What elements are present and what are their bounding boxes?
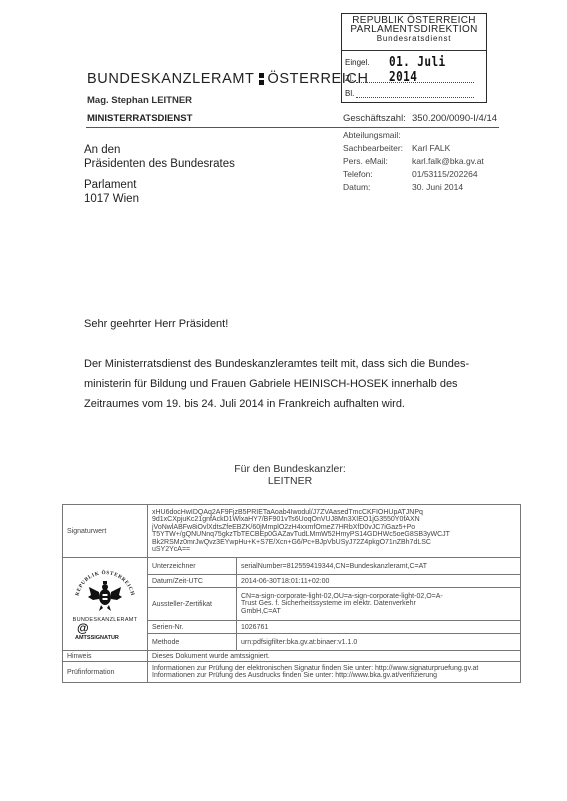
signature-table: Signaturwert xHU6docHwIDQAq2AF9FjzB5PRIE… (62, 504, 521, 683)
brand-separator-icon (259, 71, 264, 87)
info-label-datum: Datum: (343, 182, 370, 192)
row-value-serien-nr: 1026761 (237, 621, 521, 634)
hinweis-label: Hinweis (63, 651, 148, 662)
info-value-datum: 30. Juni 2014 (412, 182, 463, 192)
signaturwert-line: jVoNwlABFw8iOvlXdtsZfeEBZK/60jMmplO2zH4x… (152, 524, 516, 532)
table-row: Signaturwert xHU6docHwIDQAq2AF9FjzB5PRIE… (63, 505, 521, 558)
department: MINISTERRATSDIENST (87, 113, 192, 124)
file-number-label: Geschäftszahl: (343, 113, 406, 124)
signaturwert-line: uSY2YcA== (152, 546, 516, 554)
signaturwert-line: Bk2RSMz0mrJwQvz3EYwpHu+K+S7E/Xcn+G6/Pc+B… (152, 539, 516, 547)
row-label-serien-nr: Serien-Nr. (148, 621, 237, 634)
row-label-methode: Methode (148, 634, 237, 651)
seal-amtssignatur: AMTSSIGNATUR (67, 635, 143, 641)
official-seal: REPUBLIK ÖSTERREICH BUNDESKANZLERAMT @ A… (63, 558, 148, 651)
body-line-2: ministerin für Bildung und Frauen Gabrie… (84, 374, 524, 394)
pruef-line-signatur: Informationen zur Prüfung der elektronis… (152, 665, 516, 673)
row-value-datum-zeit: 2014-06-30T18:01:11+02:00 (237, 575, 521, 588)
signoff-line-1: Für den Bundeskanzler: (200, 463, 380, 475)
signaturwert-line: T5YTW+/gQNUNnq75gkzTbTECBEp0GAZavTudLMmW… (152, 531, 516, 539)
salutation: Sehr geehrter Herr Präsident! (84, 318, 228, 330)
signaturwert-line: xHU6docHwIDQAq2AF9FjzB5PRIETaAoab4Iwodul… (152, 509, 516, 517)
stamp-line-3: Bundesratsdienst (342, 34, 486, 43)
file-number-value: 350.200/0090-I/4/14 (412, 113, 497, 124)
recipient-line-3: Parlament (84, 178, 139, 192)
recipient-line-2: Präsidenten des Bundesrates (84, 157, 235, 171)
sender-name: Mag. Stephan LEITNER (87, 95, 192, 106)
info-label-telefon: Telefon: (343, 169, 373, 179)
info-label-sachbearbeiter: Sachbearbeiter: (343, 143, 403, 153)
stamp-bl-label: Bl. (345, 89, 354, 98)
info-label-email: Pers. eMail: (343, 156, 388, 166)
recipient-block: An den Präsidenten des Bundesrates (84, 143, 235, 171)
signoff-line-2: LEITNER (200, 475, 380, 487)
brand-right: ÖSTERREICH (268, 71, 369, 87)
stamp-divider (342, 50, 486, 51)
receipt-stamp: REPUBLIK ÖSTERREICH PARLAMENTSDIREKTION … (341, 13, 487, 103)
brand-left: BUNDESKANZLERAMT (87, 71, 255, 87)
signaturwert-label: Signaturwert (63, 505, 148, 558)
row-label-aussteller: Aussteller-Zertifikat (148, 588, 237, 621)
letterhead-brand: BUNDESKANZLERAMTÖSTERREICH (87, 71, 369, 87)
table-row: Hinweis Dieses Dokument wurde amtssignie… (63, 651, 521, 662)
stamp-header: REPUBLIK ÖSTERREICH PARLAMENTSDIREKTION … (342, 16, 486, 43)
at-sign-icon: @ (67, 623, 143, 633)
stamp-eingel-row: Eingel. 01. Juli 2014 (345, 58, 483, 67)
pruefinformation-label: Prüfinformation (63, 662, 148, 683)
stamp-eingel-label: Eingel. (345, 58, 369, 67)
stamp-zl-dotted-line (356, 74, 474, 83)
info-label-abteilungsmail: Abteilungsmail: (343, 130, 401, 140)
info-value-email[interactable]: karl.falk@bka.gv.at (412, 156, 484, 166)
signaturwert-line: 9d1xCXpjuKc21gnfAckD1WlxaHY7/BF901vTs6Uo… (152, 516, 516, 524)
austrian-eagle-icon: REPUBLIK ÖSTERREICH (70, 567, 140, 615)
body-line-3: Zeitraumes vom 19. bis 24. Juli 2014 in … (84, 394, 524, 414)
row-label-datum-zeit: Datum/Zeit-UTC (148, 575, 237, 588)
row-value-methode: urn:pdfsigfilter:bka.gv.at:binaer:v1.1.0 (237, 634, 521, 651)
recipient-address: Parlament 1017 Wien (84, 178, 139, 206)
signaturwert-value: xHU6docHwIDQAq2AF9FjzB5PRIETaAoab4Iwodul… (148, 505, 521, 558)
stamp-bl-row: Bl. (345, 89, 483, 98)
row-value-aussteller: CN=a-sign-corporate-light-02,OU=a-sign-c… (237, 588, 521, 621)
table-row: Prüfinformation Informationen zur Prüfun… (63, 662, 521, 683)
header-rule (86, 127, 499, 128)
stamp-bl-dotted-line (356, 89, 474, 98)
hinweis-value: Dieses Dokument wurde amtssigniert. (148, 651, 521, 662)
info-value-telefon: 01/53115/202264 (412, 169, 478, 179)
row-value-unterzeichner: serialNumber=812559419344,CN=Bundeskanzl… (237, 558, 521, 575)
info-value-sachbearbeiter: Karl FALK (412, 143, 450, 153)
letter-body: Der Ministerratsdienst des Bundeskanzler… (84, 354, 524, 414)
table-row: REPUBLIK ÖSTERREICH BUNDESKANZLERAMT @ A… (63, 558, 521, 575)
body-line-1: Der Ministerratsdienst des Bundeskanzler… (84, 354, 524, 374)
stamp-line-2: PARLAMENTSDIREKTION (342, 25, 486, 34)
pruefinformation-value: Informationen zur Prüfung der elektronis… (148, 662, 521, 683)
row-label-unterzeichner: Unterzeichner (148, 558, 237, 575)
signoff: Für den Bundeskanzler: LEITNER (200, 463, 380, 487)
recipient-line-4: 1017 Wien (84, 192, 139, 206)
pruef-line-ausdruck: Informationen zur Prüfung des Ausdrucks … (152, 672, 516, 680)
recipient-line-1: An den (84, 143, 235, 157)
